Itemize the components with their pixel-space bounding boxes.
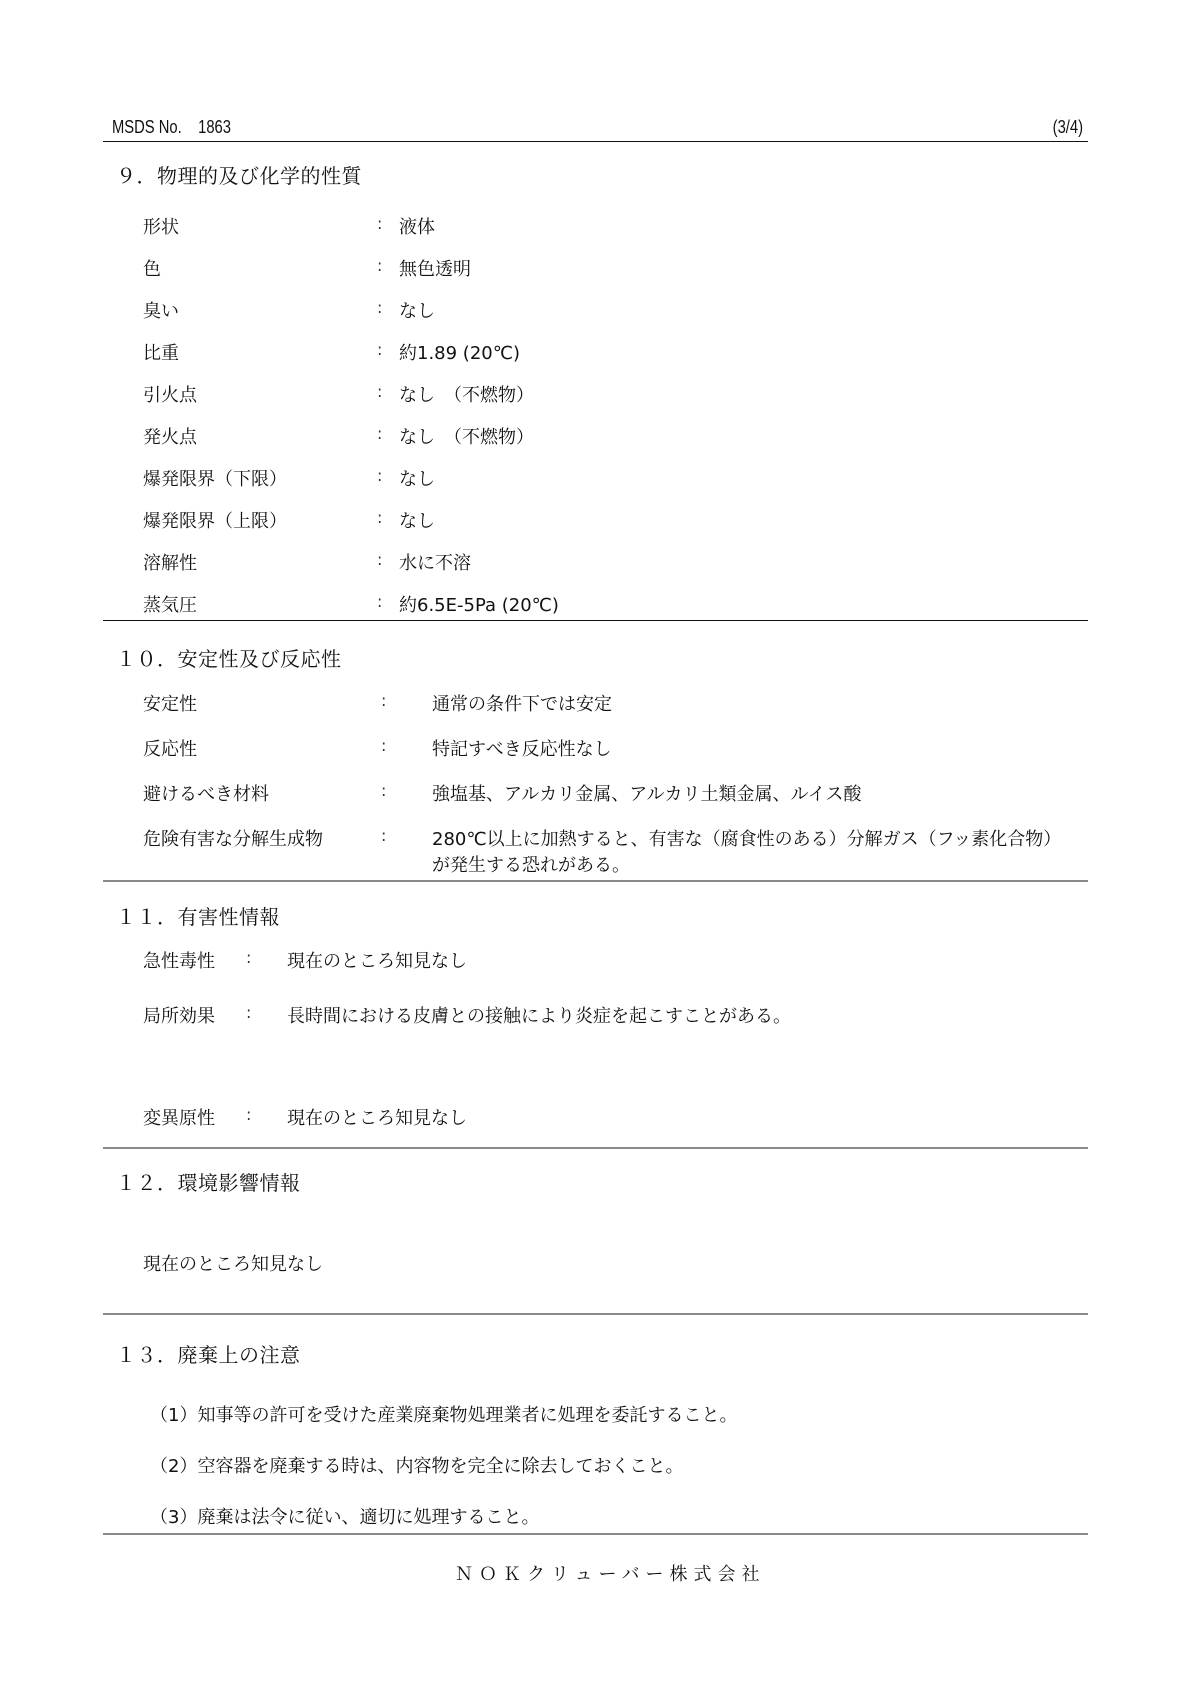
colon-separator: : [377,298,382,317]
section-divider [103,1533,1088,1535]
property-value: なし （不燃物） [399,423,534,449]
colon-separator: : [377,466,382,485]
disposal-item: （2）空容器を廃棄する時は、内容物を完全に除去しておくこと。 [150,1452,683,1478]
colon-separator: : [377,550,382,569]
local-effects-value: 長時間における皮膚との接触により炎症を起こすことがある。 [287,1002,791,1028]
section-11-title: １１．有害性情報 [116,901,280,930]
colon-separator: : [381,781,386,800]
acute-toxicity-value: 現在のところ知見なし [287,947,467,973]
colon-separator: : [246,948,251,967]
section-divider [103,1147,1088,1149]
colon-separator: : [246,1105,251,1124]
property-value: 水に不溶 [399,549,471,575]
property-value: なし （不燃物） [399,381,534,407]
property-label: 引火点 [143,381,197,407]
colon-separator: : [377,214,382,233]
acute-toxicity-label: 急性毒性 [143,947,215,973]
property-label: 比重 [143,339,179,365]
stability-value: 通常の条件下では安定 [432,690,612,716]
property-value: 約1.89 (20℃) [399,339,520,365]
disposal-item: （3）廃棄は法令に従い、適切に処理すること。 [150,1503,539,1529]
incompatible-materials-label: 避けるべき材料 [143,780,269,806]
colon-separator: : [377,424,382,443]
property-label: 発火点 [143,423,197,449]
local-effects-label: 局所効果 [143,1002,215,1028]
header-rule [103,141,1088,142]
environmental-info-text: 現在のところ知見なし [143,1250,323,1276]
property-label: 色 [143,255,161,281]
property-value: 液体 [399,213,435,239]
mutagenicity-value: 現在のところ知見なし [287,1104,467,1130]
section-12-title: １２．環境影響情報 [116,1167,301,1196]
colon-separator: : [377,382,382,401]
property-label: 蒸気圧 [143,591,197,617]
msds-label: MSDS No. [112,117,182,137]
colon-separator: : [377,256,382,275]
msds-number: 1863 [198,117,231,137]
property-label: 臭い [143,297,179,323]
property-value: 約6.5E-5Pa (20℃) [399,591,559,617]
property-value: なし [399,507,435,533]
msds-number-header: MSDS No. 1863 [112,117,231,138]
colon-separator: : [377,508,382,527]
property-value: なし [399,465,435,491]
section-divider [103,620,1088,621]
incompatible-materials-value: 強塩基、アルカリ金属、アルカリ土類金属、ルイス酸 [432,780,861,806]
disposal-item: （1）知事等の許可を受けた産業廃棄物処理業者に処理を委託すること。 [150,1401,737,1427]
decomposition-products-value-cont: が発生する恐れがある。 [432,851,630,877]
property-label: 爆発限界（上限） [143,507,287,533]
colon-separator: : [377,340,382,359]
colon-separator: : [381,691,386,710]
section-divider [103,1313,1088,1315]
colon-separator: : [246,1003,251,1022]
section-9-title: ９．物理的及び化学的性質 [116,160,362,189]
section-10-title: １０．安定性及び反応性 [116,643,342,672]
section-divider [103,880,1088,882]
property-value: 無色透明 [399,255,471,281]
reactivity-value: 特記すべき反応性なし [432,735,612,761]
property-label: 形状 [143,213,179,239]
reactivity-label: 反応性 [143,735,197,761]
section-13-title: １３．廃棄上の注意 [116,1339,301,1368]
decomposition-products-value: 280℃以上に加熱すると、有害な（腐食性のある）分解ガス（フッ素化合物） [432,825,1061,851]
property-label: 爆発限界（下限） [143,465,287,491]
colon-separator: : [381,826,386,845]
page-indicator: (3/4) [1053,117,1083,138]
mutagenicity-label: 変異原性 [143,1104,215,1130]
property-value: なし [399,297,435,323]
decomposition-products-label: 危険有害な分解生成物 [143,825,323,851]
company-name: ＮＯＫクリューバー株式会社 [455,1560,766,1586]
stability-label: 安定性 [143,690,197,716]
colon-separator: : [381,736,386,755]
property-label: 溶解性 [143,549,197,575]
colon-separator: : [377,592,382,611]
